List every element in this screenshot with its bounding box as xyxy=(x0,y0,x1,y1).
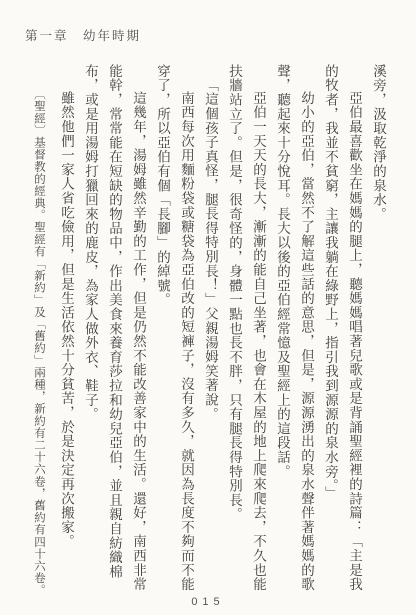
paragraph: 雖然他們一家人省吃儉用，但是生活依然十分貧苦，於是決定再次搬家。 xyxy=(54,64,78,602)
paragraph: 「這個孩子真怪，腿長得特別長！」父親湯姆笑著說。 xyxy=(198,64,222,602)
paragraph: 幼小的亞伯，當然不了解這些話的意思，但是，源源湧出的泉水聲伴著媽媽的歌聲，聽起來… xyxy=(270,64,318,602)
paragraph: 亞伯最喜歡坐在媽媽的腿上，聽媽媽唱著兒歌或是背誦聖經裡的詩篇：「主是我的牧者，我… xyxy=(318,64,366,602)
paragraph: 亞伯一天天的長大，漸漸的能自己坐著，也會在木屋的地上爬來爬去，不久也能扶牆站立了… xyxy=(222,64,270,602)
margin-note-bible-definition: 〔聖經〕基督教的經典。聖經有「新約」及「舊約」兩種，新約有二十六卷，舊約有四十六… xyxy=(31,88,47,608)
book-page: 第一章 幼年時期 溪旁，汲取乾淨的泉水。亞伯最喜歡坐在媽媽的腿上，聽媽媽唱著兒歌… xyxy=(0,0,416,615)
paragraph: 溪旁，汲取乾淨的泉水。 xyxy=(366,64,390,602)
page-number: 015 xyxy=(0,596,416,608)
body-text: 溪旁，汲取乾淨的泉水。亞伯最喜歡坐在媽媽的腿上，聽媽媽唱著兒歌或是背誦聖經裡的詩… xyxy=(50,64,390,602)
paragraph: 這幾年，湯姆雖然辛勤的工作，但是仍然不能改善家中的生活。還好，南西非常能幹，常常… xyxy=(78,64,150,602)
chapter-header: 第一章 幼年時期 xyxy=(25,26,141,44)
paragraph: 南西每次用麵粉袋或糖袋為亞伯改的短褲子，沒有多久，就因為長度不夠而不能穿了，所以… xyxy=(150,64,198,602)
